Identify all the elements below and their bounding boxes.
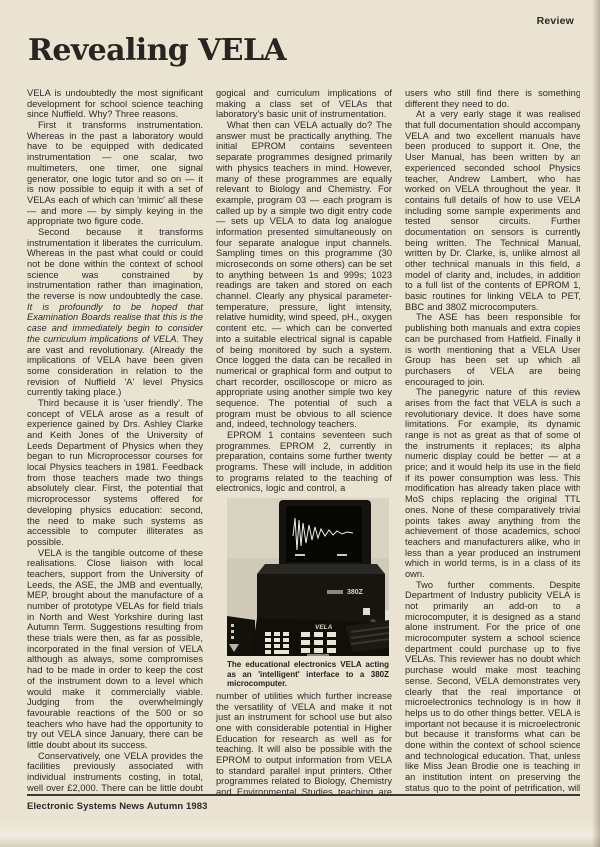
column-1: VELA is undoubtedly the most significant… <box>27 88 203 795</box>
column-3: users who still find there is something … <box>405 88 580 795</box>
paragraph: The ASE has been responsible for publish… <box>405 312 580 387</box>
page-title: Revealing VELA <box>28 33 286 68</box>
key <box>231 624 234 627</box>
paragraph-text: Second because it transforms instrumenta… <box>27 227 203 301</box>
paragraph: First it transforms instrumentation. Whe… <box>27 120 203 227</box>
magazine-page: Review Revealing VELA VELA is undoubtedl… <box>0 0 600 847</box>
paragraph: VELA is undoubtedly the most significant… <box>27 88 203 120</box>
page-footer: Electronic Systems News Autumn 1983 <box>27 794 580 812</box>
computer-switch <box>363 608 370 615</box>
paragraph: At a very early stage it was realised th… <box>405 109 580 312</box>
paragraph: Third because it is 'user friendly'. The… <box>27 398 203 548</box>
key <box>231 636 234 639</box>
paragraph: What then can VELA actually do? The answ… <box>216 120 392 430</box>
paragraph: number of utilities which further increa… <box>216 691 392 795</box>
paragraph: Conservatively, one VELA provides the fa… <box>27 751 203 795</box>
vela-badge <box>307 654 329 656</box>
computer-model-label: 380Z <box>347 589 364 596</box>
paragraph: EPROM 1 contains seventeen such programm… <box>216 430 392 494</box>
key <box>231 630 234 633</box>
screen-readout <box>295 554 305 556</box>
column-2: gogical and curriculum implications of m… <box>216 88 392 795</box>
vela-380z-photo-illustration: 380Z VELA <box>227 498 389 656</box>
computer-top <box>257 564 385 574</box>
emphasized-text: It is profoundly to be hoped that Examin… <box>27 302 203 344</box>
paragraph: Two further comments. Despite Department… <box>405 580 580 795</box>
paragraph: The panegyric nature of this review aris… <box>405 387 580 579</box>
paragraph: Second because it transforms instrumenta… <box>27 227 203 398</box>
computer-badge <box>327 590 343 594</box>
product-photo: 380Z VELA <box>227 498 389 689</box>
photo-caption: The educational electronics VELA acting … <box>227 660 389 689</box>
paragraph: VELA is the tangible outcome of these re… <box>27 548 203 751</box>
paragraph: users who still find there is something … <box>405 88 580 109</box>
paragraph: gogical and curriculum implications of m… <box>216 88 392 120</box>
vela-brand-label: VELA <box>315 624 333 631</box>
article-body: VELA is undoubtedly the most significant… <box>27 88 580 795</box>
section-label: Review <box>537 15 574 27</box>
screen-readout <box>337 554 347 556</box>
function-keypad <box>301 632 336 653</box>
monitor <box>279 500 371 572</box>
